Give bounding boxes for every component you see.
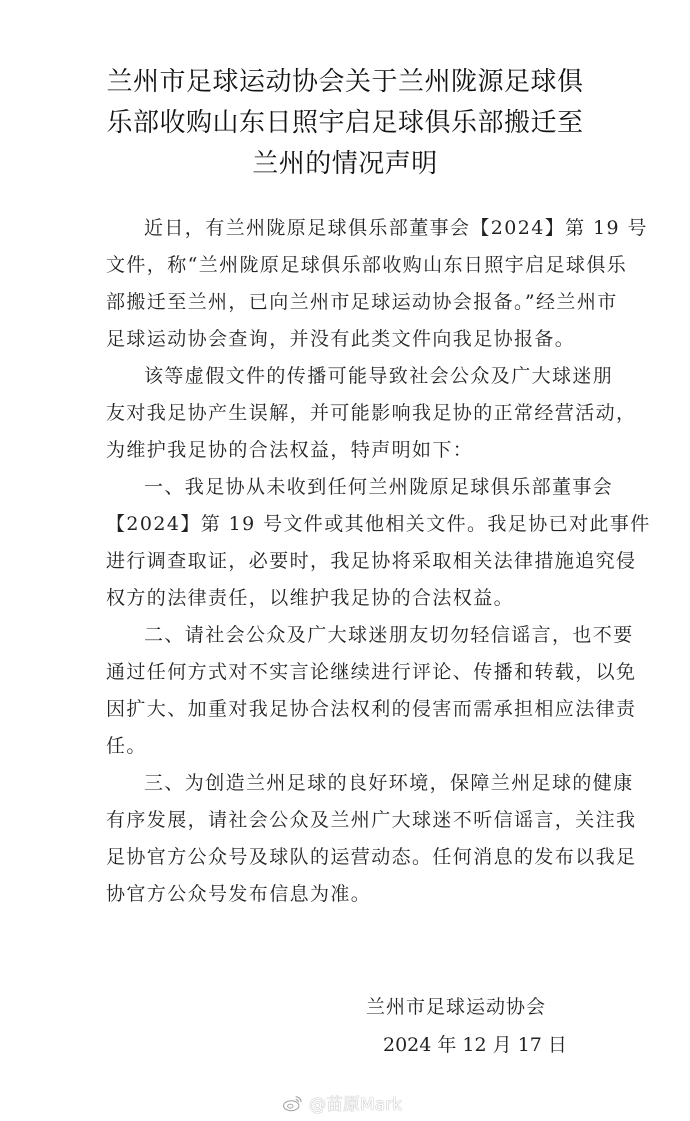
document-body: 近日，有兰州陇原足球俱乐部董事会【2024】第 19 号 文件，称“兰州陇原足球…	[106, 210, 586, 913]
text-line: 该等虚假文件的传播可能导致社会公众及广大球迷朋	[106, 358, 586, 395]
watermark-text: @苗原Mark	[309, 1090, 402, 1115]
title-line: 兰州市足球运动协会关于兰州陇源足球俱	[100, 62, 590, 103]
paragraph-point-3: 三、为创造兰州足球的良好环境，保障兰州足球的健康 有序发展，请社会公众及兰州广大…	[106, 765, 586, 913]
document-title: 兰州市足球运动协会关于兰州陇源足球俱 乐部收购山东日照宇启足球俱乐部搬迁至 兰州…	[100, 62, 590, 185]
paragraph-point-2: 二、请社会公众及广大球迷朋友切勿轻信谣言，也不要 通过任何方式对不实言论继续进行…	[106, 617, 586, 765]
text-line: 部搬迁至兰州，已向兰州市足球运动协会报备。”经兰州市	[106, 284, 586, 321]
paragraph-intro: 近日，有兰州陇原足球俱乐部董事会【2024】第 19 号 文件，称“兰州陇原足球…	[106, 210, 586, 358]
text-line: 三、为创造兰州足球的良好环境，保障兰州足球的健康	[106, 765, 586, 802]
text-line: 足协官方公众号及球队的运营动态。任何消息的发布以我足	[106, 839, 586, 876]
text-line: 近日，有兰州陇原足球俱乐部董事会【2024】第 19 号	[106, 210, 586, 247]
text-line: 为维护我足协的合法权益，特声明如下：	[106, 432, 586, 469]
weibo-icon	[282, 1094, 304, 1112]
text-line: 协官方公众号发布信息为准。	[106, 876, 586, 913]
text-line: 一、我足协从未收到任何兰州陇原足球俱乐部董事会	[106, 469, 586, 506]
text-line: 任。	[106, 728, 586, 765]
text-line: 进行调查取证，必要时，我足协将采取相关法律措施追究侵	[106, 543, 586, 580]
text-line: 因扩大、加重对我足协合法权利的侵害而需承担相应法律责	[106, 691, 586, 728]
text-line: 权方的法律责任，以维护我足协的合法权益。	[106, 580, 586, 617]
weibo-watermark: @苗原Mark	[282, 1090, 402, 1115]
title-line: 兰州的情况声明	[100, 144, 590, 185]
signature-organization: 兰州市足球运动协会	[366, 992, 546, 1019]
text-line: 二、请社会公众及广大球迷朋友切勿轻信谣言，也不要	[106, 617, 586, 654]
title-line: 乐部收购山东日照宇启足球俱乐部搬迁至	[100, 103, 590, 144]
text-line: 友对我足协产生误解，并可能影响我足协的正常经营活动，	[106, 395, 586, 432]
statement-document: 兰州市足球运动协会关于兰州陇源足球俱 乐部收购山东日照宇启足球俱乐部搬迁至 兰州…	[0, 0, 690, 1121]
signature-date: 2024 年 12 月 17 日	[383, 1030, 567, 1057]
text-line: 通过任何方式对不实言论继续进行评论、传播和转载，以免	[106, 654, 586, 691]
paragraph-point-1: 一、我足协从未收到任何兰州陇原足球俱乐部董事会 【2024】第 19 号文件或其…	[106, 469, 586, 617]
text-line: 有序发展，请社会公众及兰州广大球迷不听信谣言，关注我	[106, 802, 586, 839]
text-line: 足球运动协会查询，并没有此类文件向我足协报备。	[106, 321, 586, 358]
paragraph-context: 该等虚假文件的传播可能导致社会公众及广大球迷朋 友对我足协产生误解，并可能影响我…	[106, 358, 586, 469]
text-line: 【2024】第 19 号文件或其他相关文件。我足协已对此事件	[106, 506, 586, 543]
text-line: 文件，称“兰州陇原足球俱乐部收购山东日照宇启足球俱乐	[106, 247, 586, 284]
